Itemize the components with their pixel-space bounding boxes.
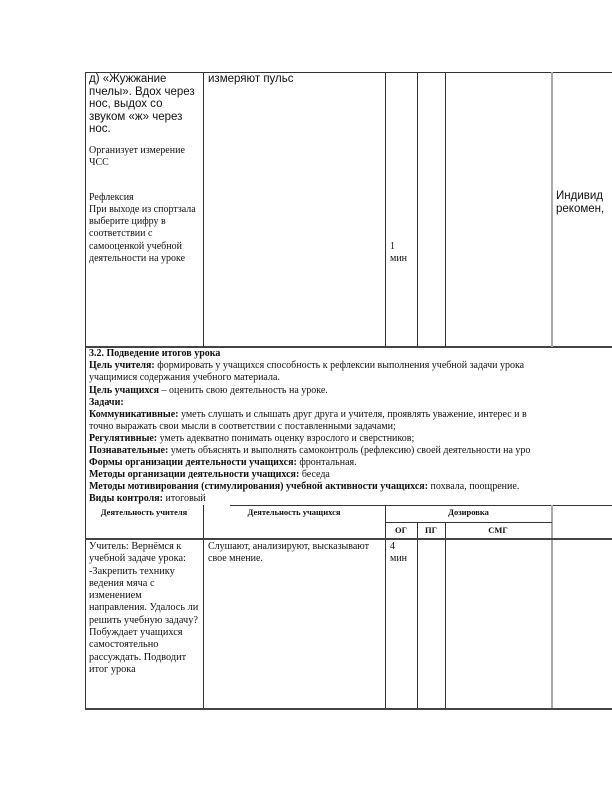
section-line-regulative: Регулятивные: уметь адекватно понимать о…: [89, 433, 414, 445]
col-divider-students: [203, 72, 204, 347]
header-pg: ПГ: [417, 525, 445, 535]
notes-line-1: Индивид: [556, 190, 603, 203]
section-line-cognitive: Познавательные: уметь объяснять и выполн…: [89, 445, 530, 457]
section-line-forms: Формы организации деятельности учащихся:…: [89, 457, 357, 469]
col-divider-notes: [551, 72, 553, 347]
section-line-tasks: Задачи:: [89, 397, 124, 409]
og-duration-unit: мин: [390, 253, 407, 265]
bottom-col-divider-smg: [445, 522, 446, 709]
reflection-title: Рефлексия: [89, 192, 201, 204]
bottom-col-divider-pg: [417, 522, 418, 709]
students-activity-text: измеряют пульс: [208, 73, 383, 86]
section-line-teacher-goal: Цель учителя: формировать у учащихся спо…: [89, 360, 524, 372]
header-smg: СМГ: [445, 525, 551, 535]
hr-measure-text: Организует измерение ЧСС: [89, 145, 201, 169]
teacher-activity-text: Учитель: Вернёмся к учебной задаче урока…: [89, 541, 202, 676]
og-duration-number: 4: [390, 541, 395, 553]
notes-line-2: рекомен,: [556, 203, 604, 216]
bottom-table-bottom-border: [85, 708, 612, 710]
og-duration-unit: мин: [390, 553, 407, 565]
header-bottom-border: [85, 538, 612, 540]
col-divider-pg: [417, 72, 418, 347]
student-activity-text: Слушают, анализируют, высказывают свое м…: [208, 541, 383, 565]
bottom-table-left-border: [85, 505, 86, 709]
header-student-activity: Деятельность учащихся: [203, 507, 385, 517]
section-title: 3.2. Подведение итогов урока: [89, 348, 220, 360]
section-left-border: [85, 347, 86, 507]
section-line-communicative: Коммуникативные: уметь слушать и слышать…: [89, 409, 527, 421]
bottom-col-divider-dosage: [385, 505, 386, 709]
section-line-communicative-cont: точно выражать свои мысли в соответствии…: [89, 421, 396, 433]
og-duration-number: 1: [390, 241, 395, 253]
top-table-left-border: [85, 72, 86, 347]
reflection-text: При выходе из спортзала выберите цифру в…: [89, 204, 201, 265]
bottom-col-divider-students: [203, 505, 204, 709]
col-divider-smg: [445, 72, 446, 347]
section-underline: [230, 505, 612, 506]
section-line-motivation: Методы мотивирования (стимулирования) уч…: [89, 481, 519, 493]
section-line-control: Виды контроля: итоговый: [89, 493, 206, 505]
section-line-student-goal: Цель учащихся – оценить свою деятельност…: [89, 385, 328, 397]
section-line-teacher-goal-cont: учащимися содержания учебного материала.: [89, 372, 280, 384]
header-teacher-activity: Деятельность учителя: [85, 507, 203, 517]
section-line-methods: Методы организации деятельности учащихся…: [89, 469, 330, 481]
bottom-col-divider-notes: [551, 505, 553, 709]
exercise-text: д) «Жужжание пчелы». Вдох через нос, выд…: [89, 73, 201, 136]
header-dosage: Дозировка: [385, 507, 552, 517]
dosage-subheader-line: [385, 522, 552, 523]
header-og: ОГ: [385, 525, 417, 535]
col-divider-og: [385, 72, 386, 347]
